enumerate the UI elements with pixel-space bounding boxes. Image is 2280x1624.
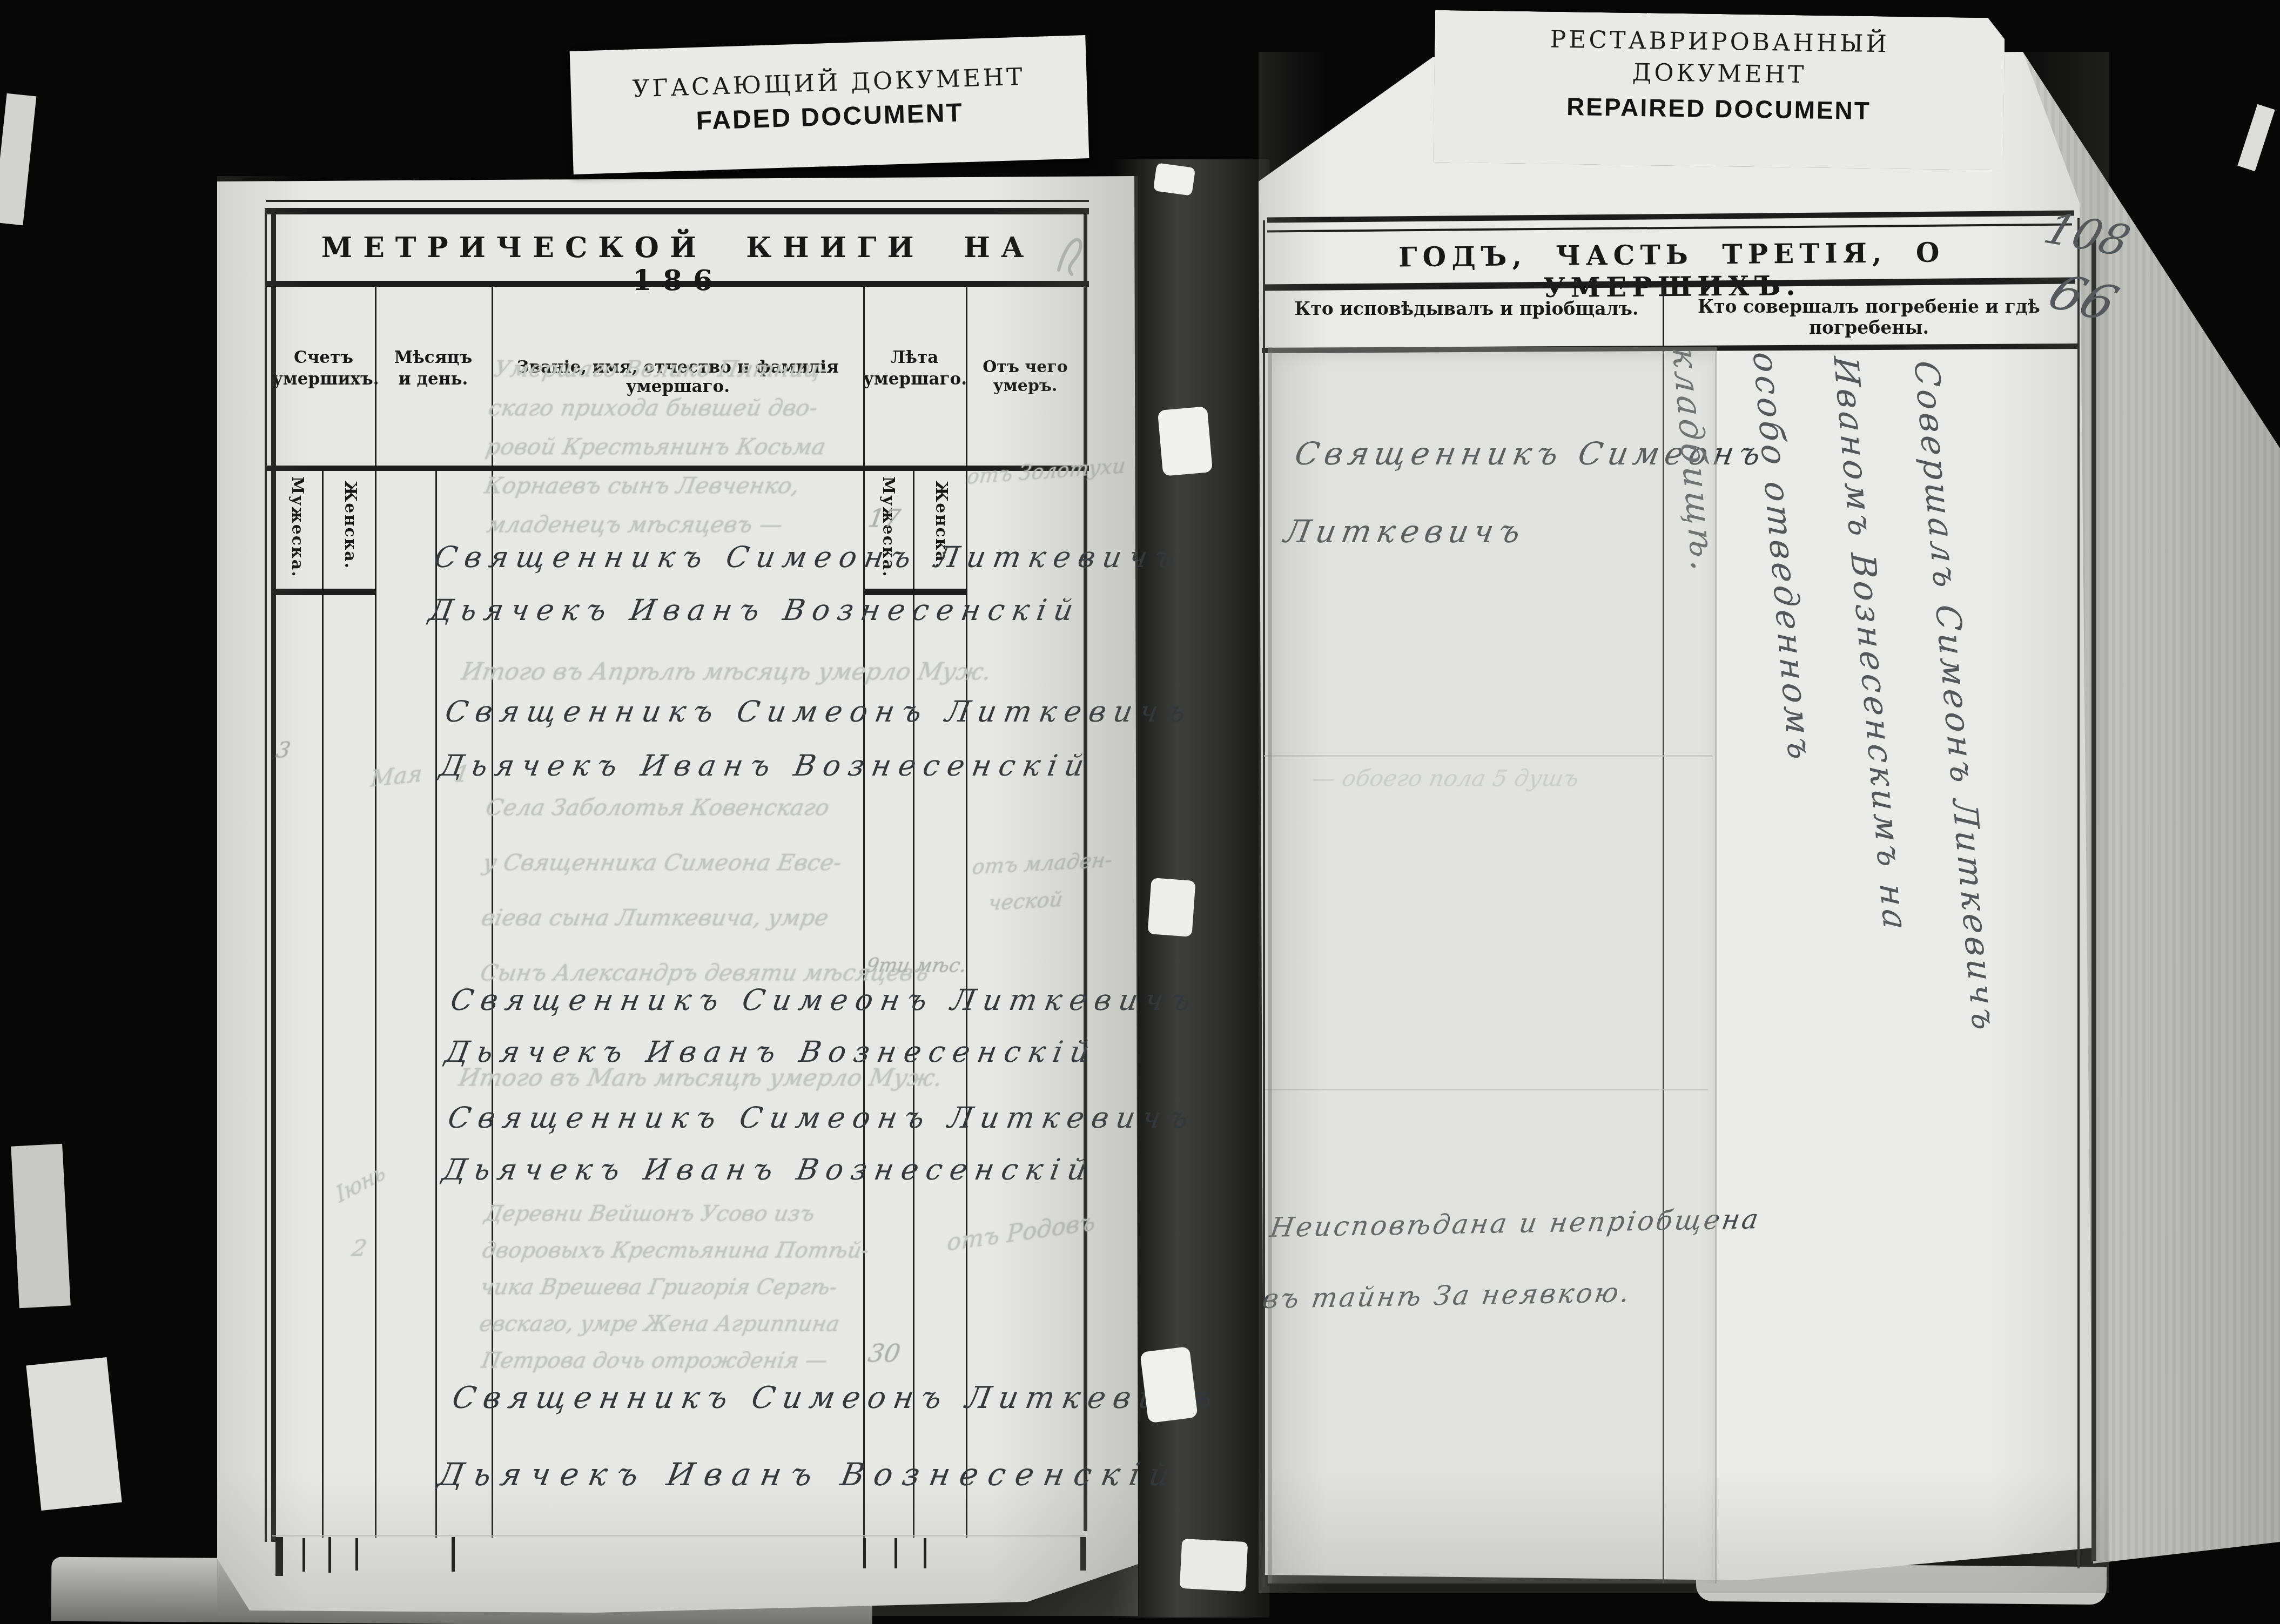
- faded-total-line: — обоего пола 5 душъ: [1310, 765, 1581, 791]
- right-right-border-inner: [2077, 218, 2080, 1568]
- left-table-left-border-outer: [265, 208, 267, 1542]
- left-page-title: МЕТРИЧЕСКОЙ КНИГИ НА 186: [281, 231, 1075, 297]
- entry3-sexton-signature-bottom: Дьячекъ Иванъ Вознесенскій: [435, 1456, 1182, 1493]
- sub-label-female-count: Женска.: [341, 481, 360, 569]
- col-header-month-line2: и день.: [375, 368, 492, 390]
- right-left-border: [1263, 220, 1265, 1587]
- entry3-summary-line: Итого въ Маѣ мѣсяцѣ умерло Муж.: [457, 1064, 945, 1091]
- confessor-entry-line2: Литкевичъ: [1281, 513, 1529, 550]
- gutter-paper-bit: [1180, 1539, 1248, 1592]
- header-divider-1: [375, 287, 376, 466]
- entry3-faded-line: Деревни Вейшонъ Усово изъ: [483, 1201, 817, 1226]
- entry1-priest-signature: Священникъ Симеонъ Литкевичъ: [432, 540, 1185, 574]
- entry1-sexton-signature: Дьячекъ Иванъ Вознесенскій: [426, 593, 1083, 627]
- archival-scan-canvas: МЕТРИЧЕСКОЙ КНИГИ НА 186 Счетъ умершихъ.…: [0, 0, 2280, 1624]
- gutter-paper-bit: [1147, 878, 1195, 936]
- col-header-age-line2: умершаго.: [863, 368, 966, 390]
- entry2-age-value: 9ти мѣс.: [864, 955, 968, 977]
- left-bottom-crease: [272, 1535, 1085, 1537]
- column-tick: [894, 1538, 897, 1568]
- entry2-faded-line: віева сына Литкевича, умре: [480, 904, 831, 931]
- body-rule-month: [435, 471, 437, 1538]
- header-divider-3: [863, 287, 865, 466]
- left-table-left-border-inner: [271, 208, 276, 1542]
- col-header-burial: Кто совершалъ погребеніе и гдѣ погребены…: [1669, 296, 2069, 338]
- column-tick: [863, 1538, 866, 1568]
- right-page-title: ГОДЪ, ЧАСТЬ ТРЕТІЯ, О УМЕРШИХЪ.: [1286, 235, 2059, 306]
- entry1-age-value: 17: [866, 503, 903, 533]
- entry3-faded-line: чика Врешева Григорія Сергѣ-: [479, 1275, 839, 1299]
- left-table-top-border: [266, 208, 1089, 214]
- repaired-card-russian-line2: ДОКУМЕНТ: [1434, 56, 2005, 92]
- entry2-faded-line: у Священника Симеона Евсе-: [481, 849, 844, 875]
- col-header-age-line1: Лѣта: [863, 347, 966, 368]
- entry3-sexton-signature-top: Дьячекъ Иванъ Вознесенскій: [440, 1153, 1097, 1187]
- entry2-sexton-signature-top: Дьячекъ Иванъ Вознесенскій: [437, 749, 1094, 783]
- entry3-faded-line: евскаго, умре Жена Агриппина: [477, 1311, 842, 1336]
- col-header-age: Лѣта умершаго.: [863, 347, 966, 390]
- entry1-faded-line: Умершаго Велико Пятниц-: [492, 355, 830, 382]
- column-tick: [452, 1537, 455, 1572]
- left-table-top-border-thin: [266, 200, 1089, 202]
- column-tick: [355, 1538, 358, 1571]
- column-tick: [328, 1537, 331, 1573]
- entry2-priest-signature-bottom: Священникъ Симеонъ Литкевичъ: [448, 983, 1201, 1017]
- col-header-confessor: Кто исповѣдывалъ и пріобщалъ.: [1280, 298, 1653, 319]
- sub-label-male-count: Мужеска.: [288, 476, 307, 578]
- gutter-paper-bit: [1153, 163, 1196, 196]
- right-row-divider-1: [1264, 755, 1712, 757]
- left-edge-sliver-bottom: [26, 1357, 122, 1511]
- right-row-divider-2: [1265, 1089, 1708, 1090]
- entry2-cause-line: ческой: [987, 887, 1064, 915]
- entry1-faded-line: младенецъ мѣсяцевъ —: [485, 511, 785, 537]
- column-tick: [275, 1537, 283, 1576]
- left-edge-sliver-top: [0, 93, 36, 225]
- fore-edge-white-tab: [2237, 104, 2275, 172]
- note-line2: въ тайнѣ За неявкою.: [1260, 1277, 1633, 1315]
- col-header-count: Счетъ умершихъ.: [272, 347, 375, 390]
- entry2-priest-signature-top: Священникъ Симеонъ Литкевичъ: [442, 695, 1195, 729]
- col-header-cause: Отъ чего умеръ.: [966, 358, 1085, 395]
- column-tick: [1080, 1537, 1086, 1571]
- entry1-faded-line: Корнаевъ сынъ Левченко,: [483, 472, 802, 498]
- entry3-age-value: 30: [866, 1338, 903, 1367]
- entry3-faded-line: дворовыхъ Крестьянина Потѣй-: [480, 1238, 871, 1263]
- entry2-faded-line: Сынъ Александръ девяти мѣсяцевъ: [479, 959, 931, 986]
- body-rule-male: [322, 471, 324, 1538]
- entry2-month-value: Мая: [370, 760, 423, 792]
- entry1-faded-line: ровой Крестьянинъ Косьма: [484, 433, 828, 460]
- col-header-month: Мѣсяцъ и день.: [375, 347, 492, 390]
- entry3-priest-signature-top: Священникъ Симеонъ Литкевичъ: [445, 1101, 1198, 1135]
- pencil-mark-year: [1053, 227, 1092, 278]
- left-header-bottom-rule: [266, 466, 1089, 471]
- col-header-count-line1: Счетъ: [272, 347, 375, 368]
- right-right-border-outer: [2091, 238, 2096, 1561]
- repaired-card-english-label: REPAIRED DOCUMENT: [1434, 90, 2004, 127]
- column-tick: [924, 1538, 926, 1568]
- body-rule-female: [375, 471, 376, 1538]
- gutter-paper-bit: [1158, 406, 1213, 476]
- sub-label-underline-count: [273, 589, 376, 595]
- entry2-summary-line: Итого въ Апрѣлѣ мѣсяцѣ умерло Муж.: [460, 658, 994, 685]
- col-header-count-line2: умершихъ.: [272, 368, 375, 390]
- faded-document-card: УГАСАЮЩИЙ ДОКУМЕНТ FADED DOCUMENT: [570, 35, 1089, 174]
- left-edge-sliver-mid: [11, 1144, 71, 1309]
- entry1-faded-line: скаго прихода бывшей дво-: [487, 394, 820, 421]
- repaired-document-card: РЕСТАВРИРОВАННЫЙ ДОКУМЕНТ REPAIRED DOCUM…: [1433, 10, 2005, 171]
- column-tick: [302, 1538, 305, 1572]
- entry3-faded-line: Петрова дочь отрожденія —: [480, 1348, 829, 1373]
- gutter-paper-bit: [1140, 1346, 1198, 1423]
- entry2-faded-line: Села Заболотья Ковенскаго: [484, 794, 832, 820]
- col-header-month-line1: Мѣсяцъ: [375, 347, 492, 368]
- header-divider-4: [966, 287, 967, 466]
- entry3-priest-signature-bottom: Священникъ Симеонъ Литкевичъ: [449, 1380, 1222, 1416]
- repaired-card-russian-line1: РЕСТАВРИРОВАННЫЙ: [1435, 24, 2005, 60]
